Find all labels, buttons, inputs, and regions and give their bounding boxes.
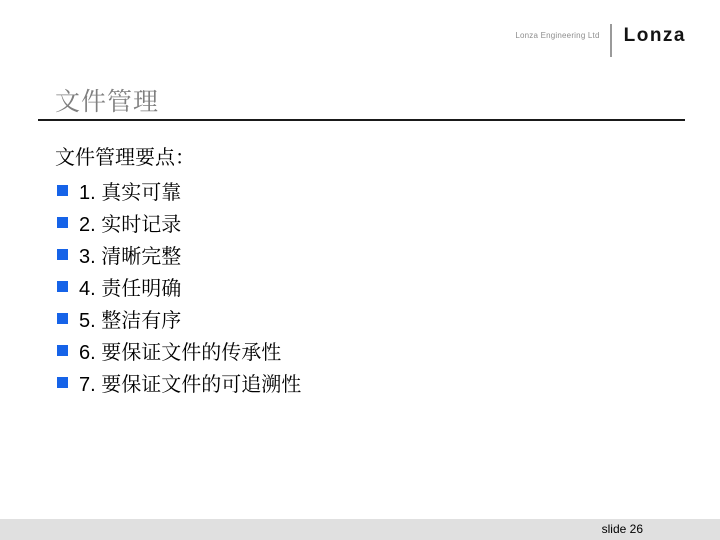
square-bullet-icon [57, 377, 68, 388]
logo-company-text: Lonza Engineering Ltd [515, 31, 599, 40]
list-item-text: 3. 清晰完整 [79, 240, 181, 269]
bullet-list: 1. 真实可靠 2. 实时记录 3. 清晰完整 4. 责任明确 5. 整洁有序 … [55, 174, 301, 398]
list-item: 4. 责任明确 [55, 270, 301, 302]
square-bullet-icon [57, 217, 68, 228]
slide-number: slide 26 [602, 519, 643, 540]
list-item-text: 7. 要保证文件的可追溯性 [79, 368, 301, 397]
square-bullet-icon [57, 281, 68, 292]
square-bullet-icon [57, 185, 68, 196]
list-item: 2. 实时记录 [55, 206, 301, 238]
presentation-slide: Lonza Engineering Ltd Lonza 文件管理 文件管理要点：… [0, 0, 720, 540]
list-item-text: 5. 整洁有序 [79, 304, 181, 333]
list-item: 7. 要保证文件的可追溯性 [55, 366, 301, 398]
title-underline [38, 119, 685, 121]
list-item: 3. 清晰完整 [55, 238, 301, 270]
square-bullet-icon [57, 345, 68, 356]
list-item: 1. 真实可靠 [55, 174, 301, 206]
square-bullet-icon [57, 313, 68, 324]
list-item: 5. 整洁有序 [55, 302, 301, 334]
list-item-text: 1. 真实可靠 [79, 176, 181, 205]
slide-body: 文件管理要点： 1. 真实可靠 2. 实时记录 3. 清晰完整 4. 责任明确 … [55, 142, 301, 398]
list-intro: 文件管理要点： [55, 142, 301, 174]
slide-title: 文件管理 [55, 82, 159, 118]
logo-block: Lonza Engineering Ltd Lonza [515, 24, 686, 57]
list-item-text: 6. 要保证文件的传承性 [79, 336, 281, 365]
lonza-logo: Lonza [624, 26, 686, 45]
list-item-text: 4. 责任明确 [79, 272, 181, 301]
square-bullet-icon [57, 249, 68, 260]
logo-divider [610, 24, 612, 57]
list-item-text: 2. 实时记录 [79, 208, 181, 237]
list-item: 6. 要保证文件的传承性 [55, 334, 301, 366]
